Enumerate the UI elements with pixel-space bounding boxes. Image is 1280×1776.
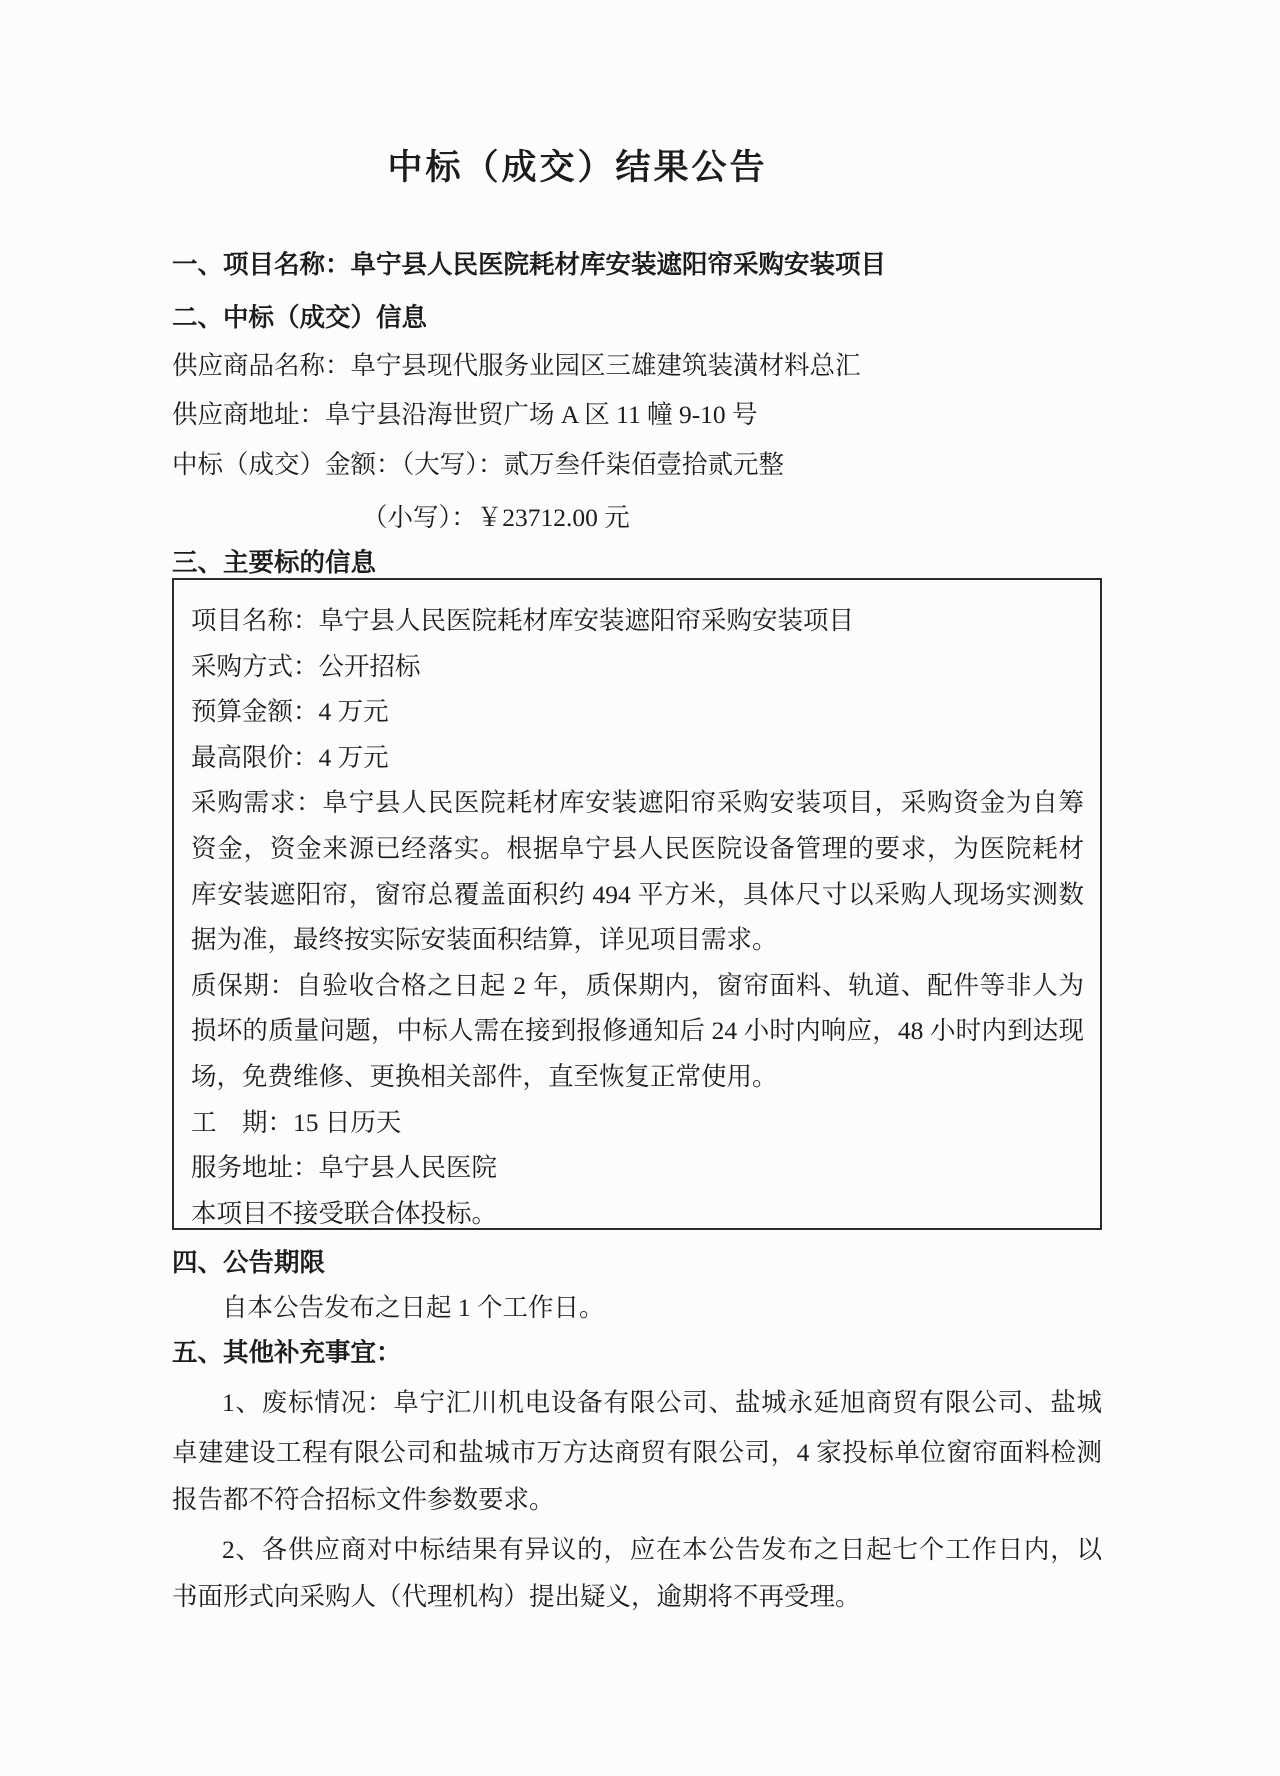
note-2-line-1: 2、各供应商对中标结果有异议的，应在本公告发布之日起七个工作日内，以	[172, 1532, 1102, 1568]
box-line-procure-method: 采购方式：公开招标	[191, 644, 1084, 690]
box-line-price-cap: 最高限价：4 万元	[191, 735, 1084, 781]
box-line-demand-2: 资金，资金来源已经落实。根据阜宁县人民医院设备管理的要求，为医院耗材	[191, 826, 1084, 872]
box-line-demand-1: 采购需求：阜宁县人民医院耗材库安装遮阳帘采购安装项目，采购资金为自筹	[191, 780, 1084, 826]
note-1-line-1: 1、废标情况：阜宁汇川机电设备有限公司、盐城永延旭商贸有限公司、盐城	[172, 1385, 1102, 1421]
supplier-product-line: 供应商品名称：阜宁县现代服务业园区三雄建筑装潢材料总汇	[172, 348, 1102, 384]
box-line-budget: 预算金额：4 万元	[191, 689, 1084, 735]
note-1-line-3: 报告都不符合招标文件参数要求。	[172, 1482, 1102, 1518]
subject-info-box: 项目名称：阜宁县人民医院耗材库安装遮阳帘采购安装项目 采购方式：公开招标 预算金…	[172, 578, 1102, 1230]
box-line-service-address: 服务地址：阜宁县人民医院	[191, 1145, 1084, 1191]
box-line-no-consortium: 本项目不接受联合体投标。	[191, 1191, 1084, 1237]
box-line-demand-3: 库安装遮阳帘，窗帘总覆盖面积约 494 平方米，具体尺寸以采购人现场实测数	[191, 872, 1084, 918]
announcement-document: 中标（成交）结果公告 一、项目名称：阜宁县人民医院耗材库安装遮阳帘采购安装项目 …	[0, 0, 1280, 1776]
supplier-address-line: 供应商地址：阜宁县沿海世贸广场 A 区 11 幢 9-10 号	[172, 397, 1102, 433]
section-3-heading: 三、主要标的信息	[172, 545, 1102, 581]
document-title: 中标（成交）结果公告	[0, 140, 1155, 190]
section-2-heading: 二、中标（成交）信息	[172, 300, 1102, 336]
section-5-heading: 五、其他补充事宜：	[172, 1335, 1102, 1371]
note-2-line-2: 书面形式向采购人（代理机构）提出疑义，逾期将不再受理。	[172, 1579, 1102, 1615]
box-line-warranty-1: 质保期：自验收合格之日起 2 年，质保期内，窗帘面料、轨道、配件等非人为	[191, 963, 1084, 1009]
award-amount-words-line: 中标（成交）金额：（大写）：贰万叁仟柒佰壹拾贰元整	[172, 447, 1102, 483]
note-1-line-2: 卓建建设工程有限公司和盐城市万方达商贸有限公司，4 家投标单位窗帘面料检测	[172, 1435, 1102, 1471]
section-1-heading: 一、项目名称：阜宁县人民医院耗材库安装遮阳帘采购安装项目	[172, 247, 1102, 283]
award-amount-figures-line: （小写）：￥23712.00 元	[172, 500, 1102, 536]
section-4-heading: 四、公告期限	[172, 1245, 1102, 1281]
box-line-project-name: 项目名称：阜宁县人民医院耗材库安装遮阳帘采购安装项目	[191, 598, 1084, 644]
box-line-duration: 工 期：15 日历天	[191, 1100, 1084, 1146]
box-line-demand-4: 据为准，最终按实际安装面积结算，详见项目需求。	[191, 917, 1084, 963]
announcement-period-line: 自本公告发布之日起 1 个工作日。	[172, 1290, 1102, 1326]
box-line-warranty-3: 场，免费维修、更换相关部件，直至恢复正常使用。	[191, 1054, 1084, 1100]
box-line-warranty-2: 损坏的质量问题，中标人需在接到报修通知后 24 小时内响应，48 小时内到达现	[191, 1008, 1084, 1054]
